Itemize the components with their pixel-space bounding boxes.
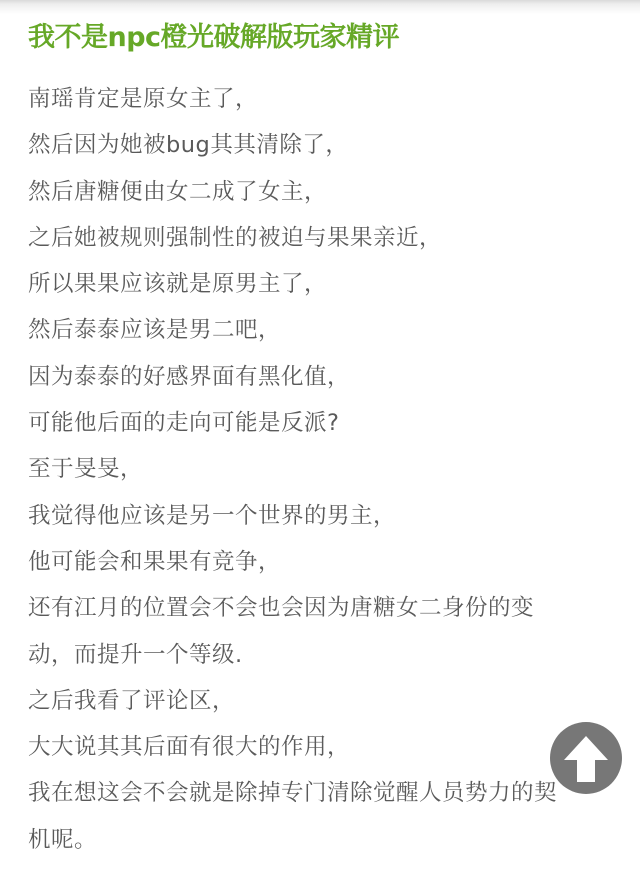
body-line: 机呢。: [28, 817, 618, 863]
body-line: 然后唐糖便由女二成了女主，: [28, 169, 618, 215]
body-line: 我在想这会不会就是除掉专门清除觉醒人员势力的契: [28, 770, 618, 816]
body-line: 然后泰泰应该是男二吧，: [28, 307, 618, 353]
body-line: 然后因为她被bug其其清除了，: [28, 122, 618, 168]
body-line: 之后她被规则强制性的被迫与果果亲近，: [28, 215, 618, 261]
scroll-to-top-button[interactable]: [550, 722, 622, 794]
body-line: 南瑶肯定是原女主了，: [28, 76, 618, 122]
body-line: 之后我看了评论区，: [28, 678, 618, 724]
body-line: 因为泰泰的好感界面有黑化值，: [28, 354, 618, 400]
body-line: 他可能会和果果有竞争，: [28, 539, 618, 585]
arrow-up-icon: [560, 732, 612, 784]
body-line: 至于旻旻，: [28, 446, 618, 492]
body-line: 大大说其其后面有很大的作用，: [28, 724, 618, 770]
body-line: 我觉得他应该是另一个世界的男主，: [28, 493, 618, 539]
top-bar-shadow: [0, 0, 640, 14]
body-line: 可能他后面的走向可能是反派?: [28, 400, 618, 446]
body-line: 还有江月的位置会不会也会因为唐糖女二身份的变: [28, 585, 618, 631]
body-line: 所以果果应该就是原男主了，: [28, 261, 618, 307]
article-title: 我不是npc橙光破解版玩家精评: [28, 18, 618, 58]
article-body: 南瑶肯定是原女主了， 然后因为她被bug其其清除了， 然后唐糖便由女二成了女主，…: [28, 76, 618, 863]
article: 我不是npc橙光破解版玩家精评 南瑶肯定是原女主了， 然后因为她被bug其其清除…: [28, 18, 618, 863]
body-line: 动，而提升一个等级.: [28, 632, 618, 678]
